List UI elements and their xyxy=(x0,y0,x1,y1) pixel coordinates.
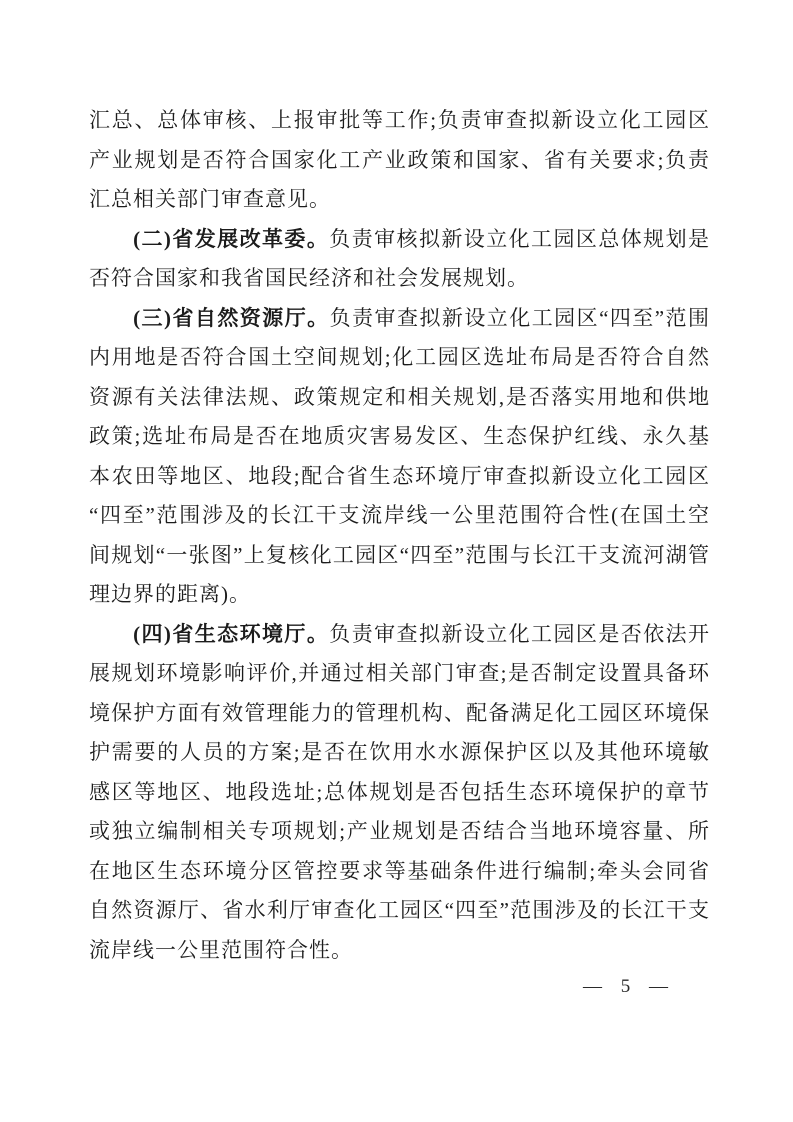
paragraph-section-4: (四)省生态环境厅。负责审查拟新设立化工园区是否依法开展规划环境影响评价,并通过… xyxy=(89,615,710,971)
paragraph-lead: (二)省发展改革委。 xyxy=(133,227,329,251)
paragraph-lead: (四)省生态环境厅。 xyxy=(133,622,329,646)
document-page: 汇总、总体审核、上报审批等工作;负责审查拟新设立化工园区产业规划是否符合国家化工… xyxy=(0,0,793,1122)
paragraph-continuation: 汇总、总体审核、上报审批等工作;负责审查拟新设立化工园区产业规划是否符合国家化工… xyxy=(89,101,710,220)
paragraph-text: 负责审查拟新设立化工园区“四至”范围内用地是否符合国土空间规划;化工园区选址布局… xyxy=(89,306,710,607)
paragraph-text: 负责审查拟新设立化工园区是否依法开展规划环境影响评价,并通过相关部门审查;是否制… xyxy=(89,622,710,962)
page-number: — 5 — xyxy=(583,976,675,998)
paragraph-section-2: (二)省发展改革委。负责审核拟新设立化工园区总体规划是否符合国家和我省国民经济和… xyxy=(89,220,710,299)
paragraph-lead: (三)省自然资源厅。 xyxy=(133,306,330,330)
paragraph-text: 汇总、总体审核、上报审批等工作;负责审查拟新设立化工园区产业规划是否符合国家化工… xyxy=(89,108,710,211)
document-body: 汇总、总体审核、上报审批等工作;负责审查拟新设立化工园区产业规划是否符合国家化工… xyxy=(89,101,710,970)
paragraph-section-3: (三)省自然资源厅。负责审查拟新设立化工园区“四至”范围内用地是否符合国土空间规… xyxy=(89,299,710,615)
